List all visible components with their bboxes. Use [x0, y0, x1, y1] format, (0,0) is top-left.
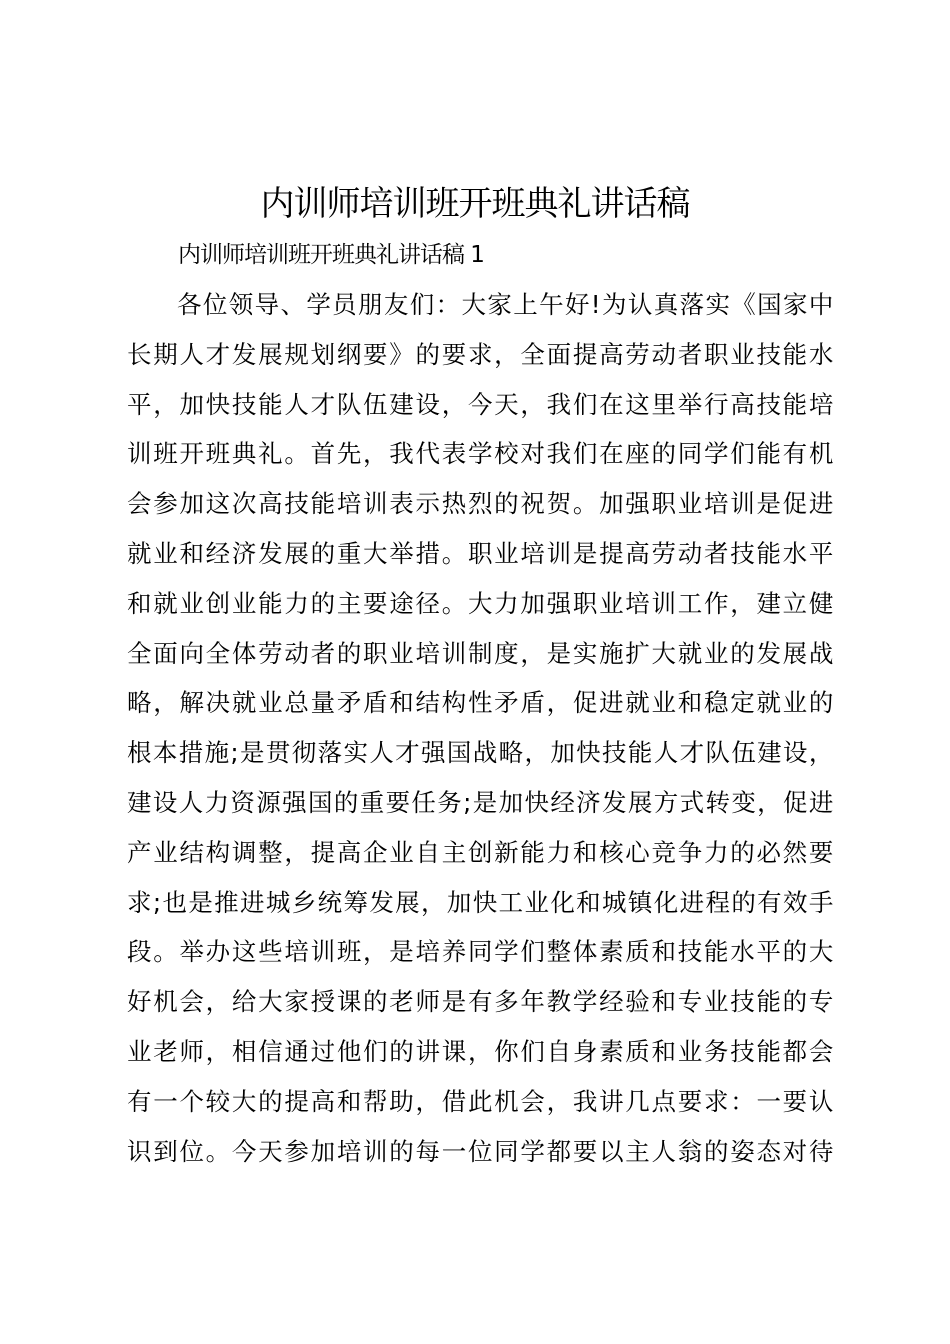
body-line: 有一个较大的提高和帮助，借此机会，我讲几点要求：一要认: [127, 1084, 833, 1134]
document-title: 内训师培训班开班典礼讲话稿: [0, 182, 950, 226]
body-line: 业老师，相信通过他们的讲课，你们自身素质和业务技能都会: [127, 1034, 833, 1084]
body-line: 识到位。今天参加培训的每一位同学都要以主人翁的姿态对待: [127, 1134, 833, 1184]
body-line: 段。举办这些培训班，是培养同学们整体素质和技能水平的大: [127, 934, 833, 984]
body-line: 会参加这次高技能培训表示热烈的祝贺。加强职业培训是促进: [127, 486, 833, 536]
body-line: 略，解决就业总量矛盾和结构性矛盾，促进就业和稳定就业的: [127, 685, 833, 735]
body-line: 和就业创业能力的主要途径。大力加强职业培训工作，建立健: [127, 586, 833, 636]
body-line: 根本措施;是贯彻落实人才强国战略，加快技能人才队伍建设，: [127, 735, 833, 785]
body-line: 好机会，给大家授课的老师是有多年教学经验和专业技能的专: [127, 984, 833, 1034]
body-line: 各位领导、学员朋友们：大家上午好!为认真落实《国家中: [127, 287, 833, 337]
body-line: 就业和经济发展的重大举措。职业培训是提高劳动者技能水平: [127, 536, 833, 586]
document-subtitle: 内训师培训班开班典礼讲话稿 1: [178, 239, 484, 271]
body-line: 训班开班典礼。首先，我代表学校对我们在座的同学们能有机: [127, 436, 833, 486]
body-line: 建设人力资源强国的重要任务;是加快经济发展方式转变，促进: [127, 785, 833, 835]
body-line: 产业结构调整，提高企业自主创新能力和核心竞争力的必然要: [127, 835, 833, 885]
document-page: 内训师培训班开班典礼讲话稿 内训师培训班开班典礼讲话稿 1 各位领导、学员朋友们…: [0, 0, 950, 1344]
body-line: 长期人才发展规划纲要》的要求，全面提高劳动者职业技能水: [127, 337, 833, 387]
document-body: 各位领导、学员朋友们：大家上午好!为认真落实《国家中 长期人才发展规划纲要》的要…: [127, 287, 833, 1183]
body-line: 平，加快技能人才队伍建设，今天，我们在这里举行高技能培: [127, 387, 833, 437]
body-line: 求;也是推进城乡统筹发展，加快工业化和城镇化进程的有效手: [127, 885, 833, 935]
body-line: 全面向全体劳动者的职业培训制度，是实施扩大就业的发展战: [127, 636, 833, 686]
